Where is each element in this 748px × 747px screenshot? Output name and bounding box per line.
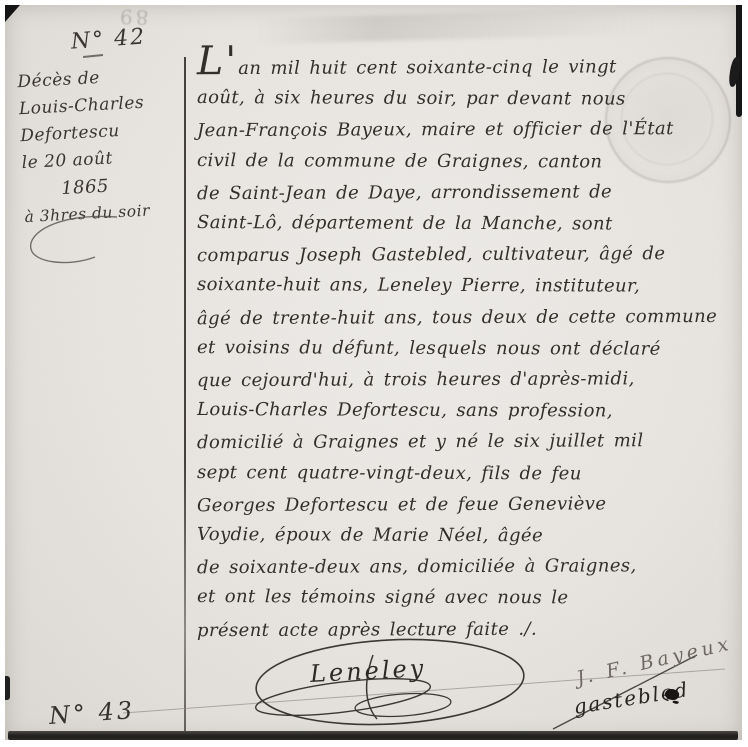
body-line: Saint-Lô, département de la Manche, sont: [197, 207, 742, 240]
bleedthrough-smudge: [255, 8, 656, 44]
scan-frame: 89 N° 42 Décès de Louis-Charles Defortes…: [0, 0, 748, 747]
body-line: août, à six heures du soir, par devant n…: [197, 82, 742, 115]
body-line: de Saint-Jean de Daye, arrondissement de: [197, 176, 742, 210]
body-line: de soixante-deux ans, domiciliée à Graig…: [197, 550, 742, 584]
body-line: civil de la commune de Graignes, canton: [197, 145, 742, 178]
act-number: N° 42: [70, 24, 147, 54]
column-rule: [184, 57, 186, 732]
body-line: et voisins du défunt, lesquels nous ont …: [197, 332, 742, 365]
signature-oval-flourish: [245, 635, 535, 735]
document-scan: 89 N° 42 Décès de Louis-Charles Defortes…: [5, 5, 742, 740]
body-line: domicilié à Graignes et y né le six juil…: [197, 425, 742, 459]
body-line: Voydie, époux de Marie Néel, âgée: [197, 519, 742, 552]
scan-edge-bottom: [8, 731, 738, 740]
act-body: L'an mil huit cent soixante-cinq le ving…: [197, 49, 742, 645]
body-line: L'an mil huit cent soixante-cinq le ving…: [197, 48, 742, 85]
body-line: Georges Defortescu et de feue Geneviève: [197, 488, 742, 522]
next-act-number: N° 43: [48, 696, 136, 730]
margin-notes: Décès de Louis-Charles Defortescu le 20 …: [17, 61, 185, 231]
scan-edge-mark-bottom-left: [5, 676, 10, 700]
body-line: Jean-François Bayeux, maire et officier …: [197, 113, 742, 147]
body-line: et ont les témoins signé avec nous le: [197, 581, 742, 614]
body-line: soixante-huit ans, Leneley Pierre, insti…: [197, 269, 742, 302]
body-line: Louis-Charles Defortescu, sans professio…: [197, 394, 742, 427]
act-number-underline: [83, 54, 103, 58]
body-line: sept cent quatre-vingt-deux, fils de feu: [197, 457, 742, 490]
body-line: comparus Joseph Gastebled, cultivateur, …: [197, 238, 742, 272]
body-line: que cejourd'hui, à trois heures d'après-…: [197, 363, 742, 397]
margin-flourish: [17, 211, 137, 271]
body-line: âgé de trente-huit ans, tous deux de cet…: [197, 300, 742, 334]
scan-corner-mark-top-left: [5, 5, 20, 22]
